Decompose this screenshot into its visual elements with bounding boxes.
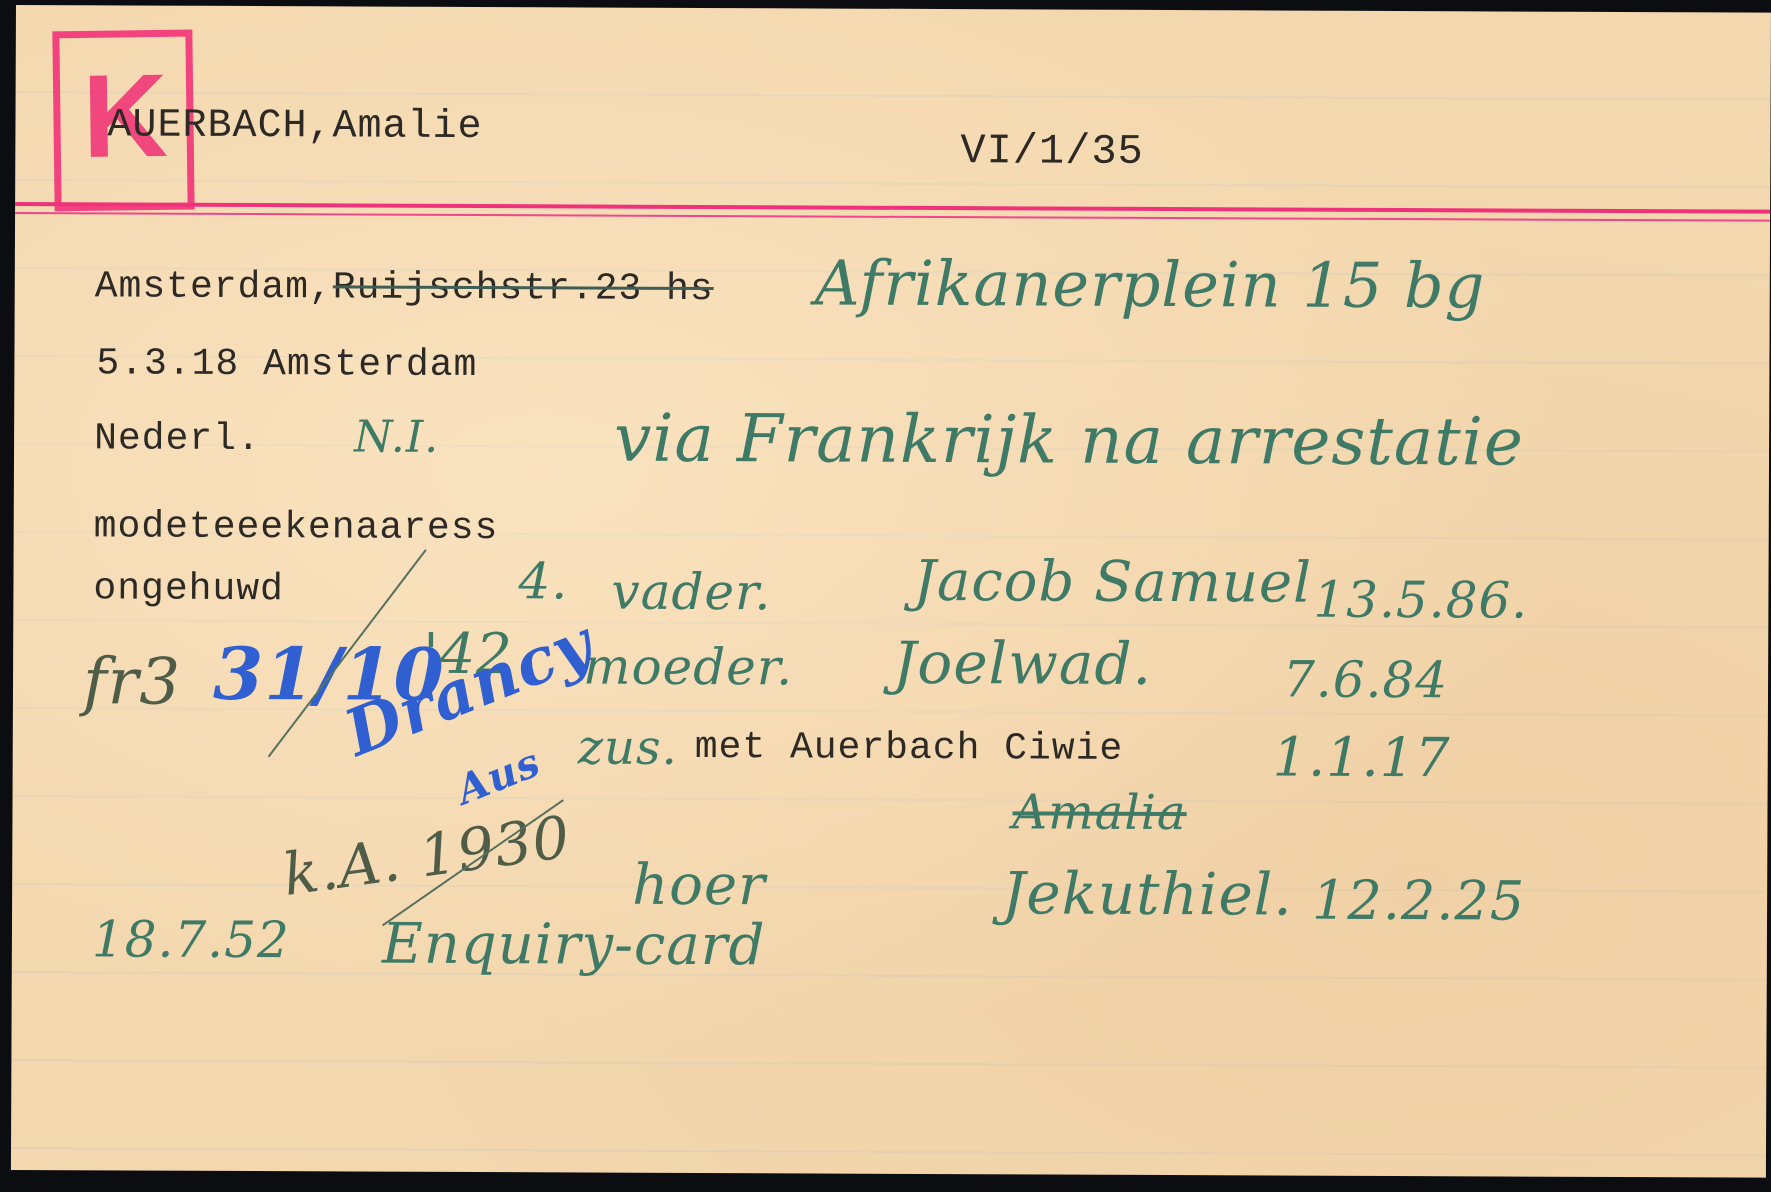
- name-header: AUERBACH,Amalie: [107, 103, 482, 150]
- spouse-birthdate: 1.1.17: [1273, 725, 1451, 789]
- father-label: vader.: [611, 563, 771, 622]
- child-label: hoer: [632, 853, 766, 919]
- route-note: via Frankrijk na arrestatie: [614, 400, 1524, 481]
- father-name: Jacob Samuel: [913, 549, 1312, 616]
- religion-note: N.I.: [354, 411, 439, 462]
- index-card: K AUERBACH,Amalie VI/1/35 Amsterdam,Ruij…: [11, 5, 1771, 1178]
- birth-line: 5.3.18 Amsterdam: [96, 342, 477, 387]
- mother-birthdate: 7.6.84: [1283, 651, 1448, 710]
- spouse-name: met Auerbach Ciwie: [695, 726, 1124, 771]
- child-name: Jekuthiel.: [1002, 859, 1293, 928]
- spouse-label: zus.: [578, 719, 678, 775]
- struck-name: Amalia: [1012, 784, 1186, 841]
- nationality: Nederl.: [94, 417, 261, 461]
- occupation: modeteeekenaaress: [94, 505, 499, 550]
- footer-note: Enquiry-card: [382, 912, 766, 979]
- marital-status: ongehuwd: [93, 567, 284, 611]
- footer-date: 18.7.52: [92, 910, 290, 969]
- father-birthdate: 13.5.86.: [1313, 571, 1528, 630]
- family-count: 4.: [518, 552, 568, 610]
- deportation-sub: Aus: [450, 739, 547, 814]
- header-rule: [15, 202, 1770, 214]
- address-city: Amsterdam,: [95, 265, 333, 309]
- child-birthdate: 12.2.25: [1312, 869, 1525, 933]
- new-address: Afrikanerplein 15 bg: [815, 246, 1486, 322]
- mother-label: moeder.: [583, 637, 793, 696]
- header-rule-thin: [15, 212, 1770, 222]
- left-margin-note: fr3: [83, 645, 181, 719]
- address-line: Amsterdam,Ruijschstr.23 hs: [95, 265, 714, 311]
- mother-name: Joelwad.: [893, 629, 1152, 698]
- reference-code: VI/1/35: [960, 127, 1144, 176]
- address-street-struck: Ruijschstr.23 hs: [333, 266, 714, 311]
